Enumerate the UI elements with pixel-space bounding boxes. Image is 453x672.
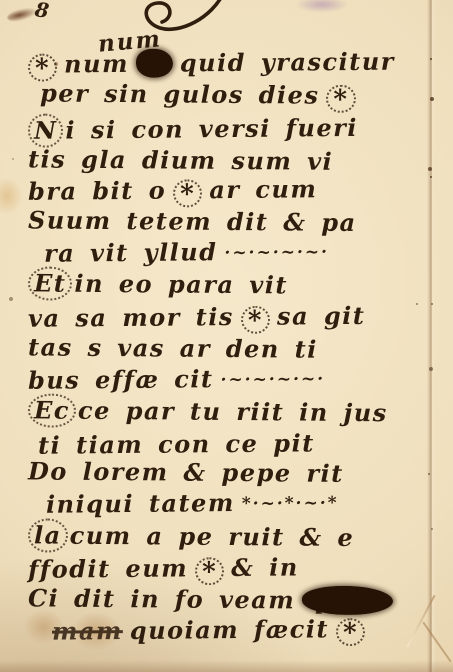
handwritten-text: ffodit eum — [28, 554, 188, 584]
starburst-ornament-icon: * — [336, 618, 365, 646]
dotted-halo-initial: la — [28, 518, 68, 552]
manuscript-line-2: per sin gulos dies* — [40, 78, 438, 113]
squiggle-filler-icon: ·~·~·~·~· — [224, 242, 329, 263]
handwritten-text: bra bit o — [28, 176, 166, 206]
handwritten-text: sa git — [277, 301, 366, 331]
handwritten-text: Ci dit in fo veam — [28, 584, 295, 615]
manuscript-line-17: ffodit eum*& in — [28, 551, 438, 587]
starburst-ornament-icon: * — [195, 557, 224, 585]
ink-blot-word: quam — [302, 586, 393, 616]
handwritten-text: per sin gulos dies — [40, 78, 320, 109]
page-number: 8 — [33, 0, 50, 23]
handwritten-text: tis gla dium sum vi — [28, 144, 333, 175]
manuscript-line-19: mamquoiam fæcit* — [52, 613, 438, 648]
handwritten-text: va sa mor tis — [28, 302, 234, 333]
handwritten-text: ce par tu riit in jus — [78, 396, 388, 427]
handwritten-text: quid yrascitur — [180, 47, 395, 78]
manuscript-line-7: ra vit yllud·~·~·~·~· — [44, 235, 438, 270]
struck-out-word: mam — [52, 616, 123, 646]
manuscript-line-14: Do lorem & pepe rit — [28, 457, 438, 490]
handwritten-text: tas s vas ar den ti — [28, 332, 318, 363]
handwritten-text: quoiam fæcit — [130, 614, 329, 645]
manuscript-line-13: ti tiam con ce pit — [38, 427, 438, 460]
manuscript-line-4: tis gla dium sum vi — [28, 144, 438, 177]
squiggle-filler-icon: ·~·~·~·~· — [220, 369, 325, 390]
page-edge-shadow — [0, 660, 453, 672]
handwritten-text: Do lorem & pepe rit — [28, 457, 344, 488]
dotted-halo-initial: Ec — [28, 394, 76, 428]
manuscript-line-15: iniqui tatem*·~·*·~·* — [46, 486, 438, 521]
handwritten-text: num — [64, 49, 129, 79]
ink-blot-word: m — [136, 49, 173, 78]
faded-purple-stamp — [297, 0, 347, 12]
squiggle-filler-icon: *·~·*·~·* — [242, 493, 339, 514]
dotted-halo-initial: Et — [28, 267, 73, 301]
manuscript-line-1: *nummquid yrascitur — [28, 46, 438, 82]
manuscript-line-3: Ni si con versi fueri — [28, 110, 438, 147]
manuscript-line-9: va sa mor tis*sa git — [28, 300, 438, 336]
handwritten-text: ti tiam con ce pit — [38, 428, 315, 459]
handwritten-text: i si con versi fueri — [65, 113, 358, 145]
handwritten-text: & in — [231, 553, 299, 583]
starburst-ornament-icon: * — [241, 306, 270, 334]
starburst-ornament-icon: * — [326, 85, 355, 113]
manuscript-line-12: Ecce par tu riit in jus — [28, 394, 438, 431]
starburst-ornament-icon: * — [173, 179, 202, 207]
manuscript-line-16: lacum a pe ruit & e — [28, 518, 438, 555]
handwritten-text: cum a pe ruit & e — [70, 520, 355, 551]
manuscript-line-11: bus effæ cit·~·~·~·~· — [28, 362, 438, 397]
manuscript-lines: *nummquid yrasciturper sin gulos dies*Ni… — [28, 48, 438, 647]
handwritten-text: iniqui tatem — [46, 488, 235, 519]
manuscript-line-8: Etin eo para vit — [28, 267, 438, 304]
handwritten-text: Suum tetem dit & pa — [28, 206, 357, 238]
handwritten-text: ar cum — [209, 174, 317, 204]
manuscript-line-6: Suum tetem dit & pa — [28, 206, 438, 239]
handwritten-text: in eo para vit — [74, 269, 288, 300]
stain — [0, 178, 22, 214]
manuscript-page: 8 num *nummquid yrasciturper sin gulos d… — [0, 0, 453, 672]
dotted-halo-initial: N — [28, 113, 64, 147]
manuscript-line-18: Ci dit in fo veamquam — [28, 584, 438, 617]
manuscript-line-10: tas s vas ar den ti — [28, 332, 438, 365]
handwritten-text: bus effæ cit — [28, 364, 214, 395]
manuscript-line-5: bra bit o*ar cum — [28, 173, 438, 209]
handwritten-text: ra vit yllud — [44, 237, 218, 268]
